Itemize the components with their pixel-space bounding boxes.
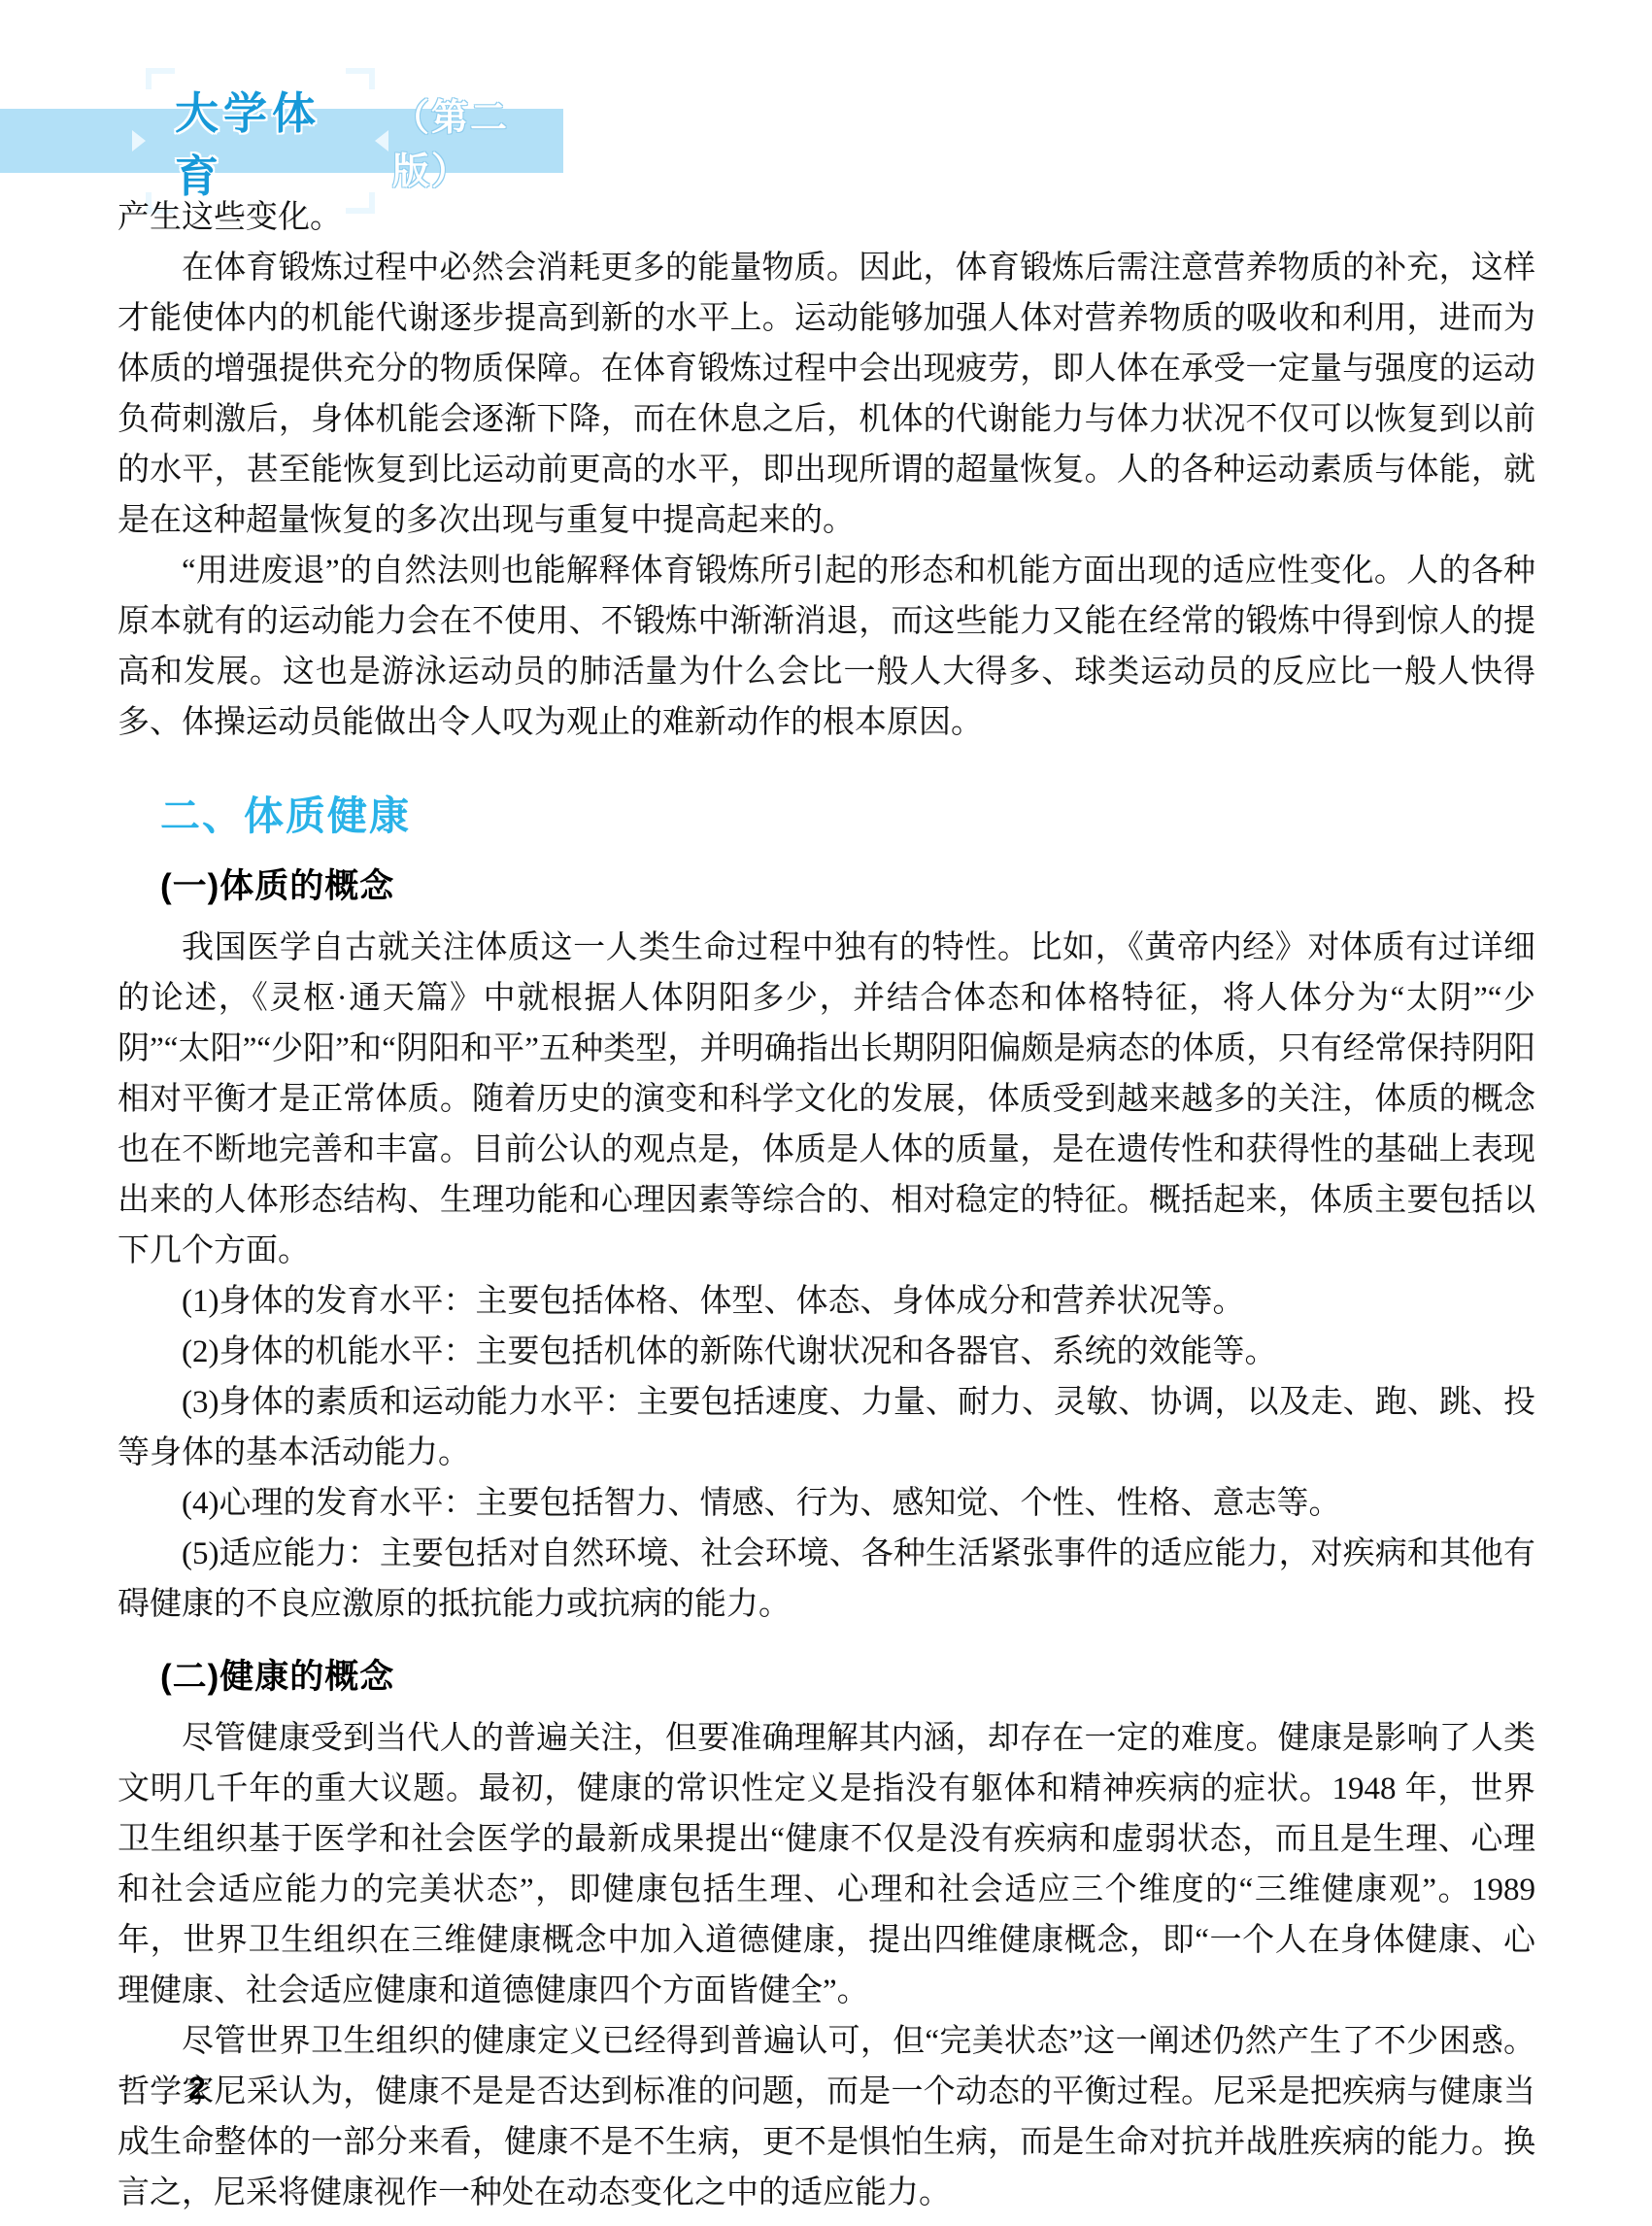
sub-heading-concept-of-health: (二)健康的概念: [160, 1657, 1535, 1698]
page-number: 2: [188, 2071, 206, 2107]
arrow-left-icon: [375, 130, 388, 152]
paragraph-exercise-metabolism: 在体育锻炼过程中必然会消耗更多的能量物质。因此，体育锻炼后需注意营养物质的补充，…: [118, 243, 1535, 546]
book-edition: （第二版）: [392, 87, 563, 194]
book-title-decoration: 大学体育: [146, 76, 375, 206]
list-item-3: (3)身体的素质和运动能力水平：主要包括速度、力量、耐力、灵敏、协调，以及走、跑…: [118, 1377, 1535, 1478]
page-content: 产生这些变化。 在体育锻炼过程中必然会消耗更多的能量物质。因此，体育锻炼后需注意…: [118, 192, 1535, 2218]
section-heading-physical-health: 二、体质健康: [160, 793, 1535, 839]
paragraph-constitution-concept: 我国医学自古就关注体质这一人类生命过程中独有的特性。比如，《黄帝内经》对体质有过…: [118, 923, 1535, 1276]
header-banner: 大学体育 （第二版）: [0, 109, 563, 173]
arrow-right-icon: [132, 130, 146, 152]
paragraph-nietzsche-health: 尽管世界卫生组织的健康定义已经得到普遍认可，但“完美状态”这一阐述仍然产生了不少…: [118, 2016, 1535, 2218]
paragraph-health-definition: 尽管健康受到当代人的普遍关注，但要准确理解其内涵，却存在一定的难度。健康是影响了…: [118, 1713, 1535, 2016]
paragraph-use-it-or-lose-it: “用进废退”的自然法则也能解释体育锻炼所引起的形态和机能方面出现的适应性变化。人…: [118, 546, 1535, 748]
sub-heading-concept-of-constitution: (一)体质的概念: [160, 866, 1535, 907]
list-item-5: (5)适应能力：主要包括对自然环境、社会环境、各种生活紧张事件的适应能力，对疾病…: [118, 1529, 1535, 1630]
list-item-4: (4)心理的发育水平：主要包括智力、情感、行为、感知觉、个性、性格、意志等。: [118, 1478, 1535, 1529]
bracket-corner-icon: [146, 68, 175, 89]
list-item-1: (1)身体的发育水平：主要包括体格、体型、体态、身体成分和营养状况等。: [118, 1276, 1535, 1327]
bracket-corner-icon: [346, 68, 375, 89]
paragraph-intro-continuation: 产生这些变化。: [118, 192, 1535, 243]
book-title: 大学体育: [175, 88, 320, 201]
list-item-2: (2)身体的机能水平：主要包括机体的新陈代谢状况和各器官、系统的效能等。: [118, 1327, 1535, 1377]
